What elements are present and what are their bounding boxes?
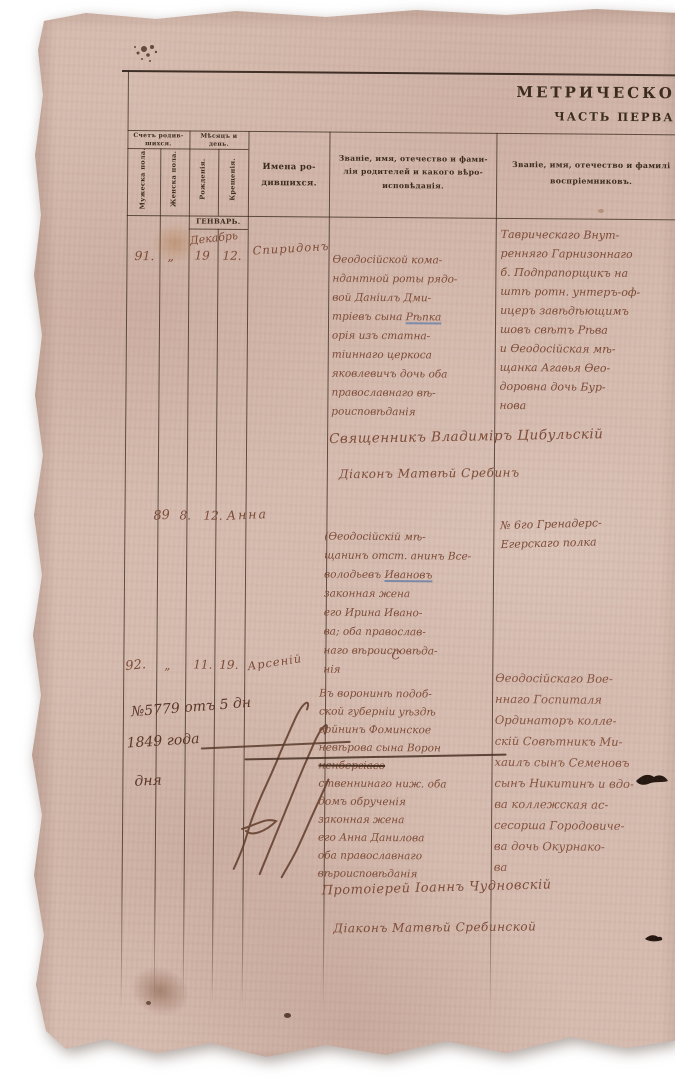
entry-1-godparents-text: Таврическаго Внут- ренняго Гарнизоннаго …: [499, 225, 675, 416]
parents-text-part: законная жена его Ирина Ивано- ва; оба п…: [323, 569, 437, 675]
entry-2-baptism-day: 12.: [203, 507, 222, 526]
struck-word: ненбергіасо: [318, 760, 385, 773]
entry-1-name: Спиридонъ: [252, 237, 330, 261]
entry-1-male-number: 91.: [134, 246, 154, 265]
entry-2-birth-day: 8.: [179, 506, 191, 525]
entry-1-baptism-day: 12.: [222, 247, 241, 266]
entry-3-baptism-day: 19.: [219, 656, 238, 675]
paper-shadow: МЕТРИЧЕСКО ЧАСТЬ ПЕРВА Счетъ родив- шихс…: [0, 0, 675, 1092]
page-title: МЕТРИЧЕСКО: [379, 82, 675, 102]
grid-line: [121, 70, 129, 1012]
entry-1-priest-signature: Священникъ Владиміръ Цибульскій: [329, 425, 604, 449]
entry-3-margin-note-line1: №5779 отъ 5 дн: [130, 694, 251, 722]
aged-paper-sheet: МЕТРИЧЕСКО ЧАСТЬ ПЕРВА Счетъ родив- шихс…: [26, 5, 675, 1083]
column-header-parents: Званіе, имя, отечество и фами- лія родит…: [331, 152, 495, 193]
column-header-count: Счетъ родив- шихся.: [129, 132, 187, 147]
entry-3-name: Арсеній: [246, 649, 303, 676]
entry-3-birth-day: 11.: [193, 656, 212, 675]
subcolumn-birth: Рожденія.: [199, 144, 207, 214]
column-header-godparents: Званіе, имя, отечество и фамилі воспріем…: [498, 157, 675, 191]
entry-2-name: Анна: [226, 504, 268, 525]
page-subtitle: ЧАСТЬ ПЕРВА: [379, 108, 675, 124]
entry-2-parents-text: (Ѳеодосійскій мѣ- щанинъ отст. анинъ Все…: [323, 509, 492, 681]
entry-2-godparents-text: № 6го Гренадерс- Егерскаго полка: [500, 511, 675, 554]
subcolumn-male: Мужеска пола.: [139, 144, 147, 214]
underlined-surname: Рѣпка: [406, 311, 442, 323]
grid-line: [242, 131, 250, 1011]
entry-3-deacon-signature: Діаконъ Матвѣй Сребинской: [333, 917, 536, 938]
entry-3-parents-text: Въ воронинѣ подоб- ской губерніи уѣздѣ в…: [318, 667, 492, 884]
grid-line: [183, 130, 191, 1010]
entry-1-parents-text: Ѳеодосійской кома- ндантной роты рядо- в…: [331, 232, 496, 423]
entry-3-stray-letter: С: [391, 646, 400, 665]
entry-1-birth-day: 19: [194, 247, 209, 266]
column-header-names: Имена ро- дившихся.: [250, 159, 328, 192]
subcolumn-female: Женска пола.: [170, 144, 178, 214]
underlined-surname: Ивановъ: [384, 569, 432, 581]
entry-3-margin-note-line3: дня: [134, 772, 162, 792]
grid-line: [154, 148, 162, 1008]
entry-3-female-ditto: „: [164, 656, 170, 675]
parents-text-part: Въ воронинѣ подоб- ской губерніи уѣздѣ в…: [319, 688, 441, 755]
entry-3-godparents-text: Ѳеодосійскаго Вое- ннаго Госпиталя Ордин…: [494, 668, 675, 879]
registry-table: МЕТРИЧЕСКО ЧАСТЬ ПЕРВА Счетъ родив- шихс…: [120, 70, 675, 1049]
grid-line: [212, 229, 219, 1009]
entry-1-deacon-signature: Діаконъ Матвѣй Сребинъ: [339, 464, 520, 485]
month-label: ГЕНВАРЬ.: [189, 217, 248, 226]
entry-3-margin-note-line2: 1849 года: [126, 730, 200, 753]
entry-2-female-number: 89: [153, 506, 171, 526]
parents-text-part: орія изъ статна- тіиннаго церкоса яковле…: [331, 311, 447, 418]
entry-1-female-ditto: „: [167, 246, 174, 265]
subcolumn-baptism: Крещенія.: [229, 144, 237, 214]
entry-3-male-number: 92.: [124, 655, 146, 676]
grid-line: [122, 70, 675, 76]
ink-splatter: [130, 39, 164, 65]
parents-text-part: ственнинаго ниж. оба домъ обрученія зако…: [318, 760, 447, 880]
grid-line: [218, 149, 220, 216]
scanned-metric-book-page: МЕТРИЧЕСКО ЧАСТЬ ПЕРВА Счетъ родив- шихс…: [0, 0, 675, 1092]
